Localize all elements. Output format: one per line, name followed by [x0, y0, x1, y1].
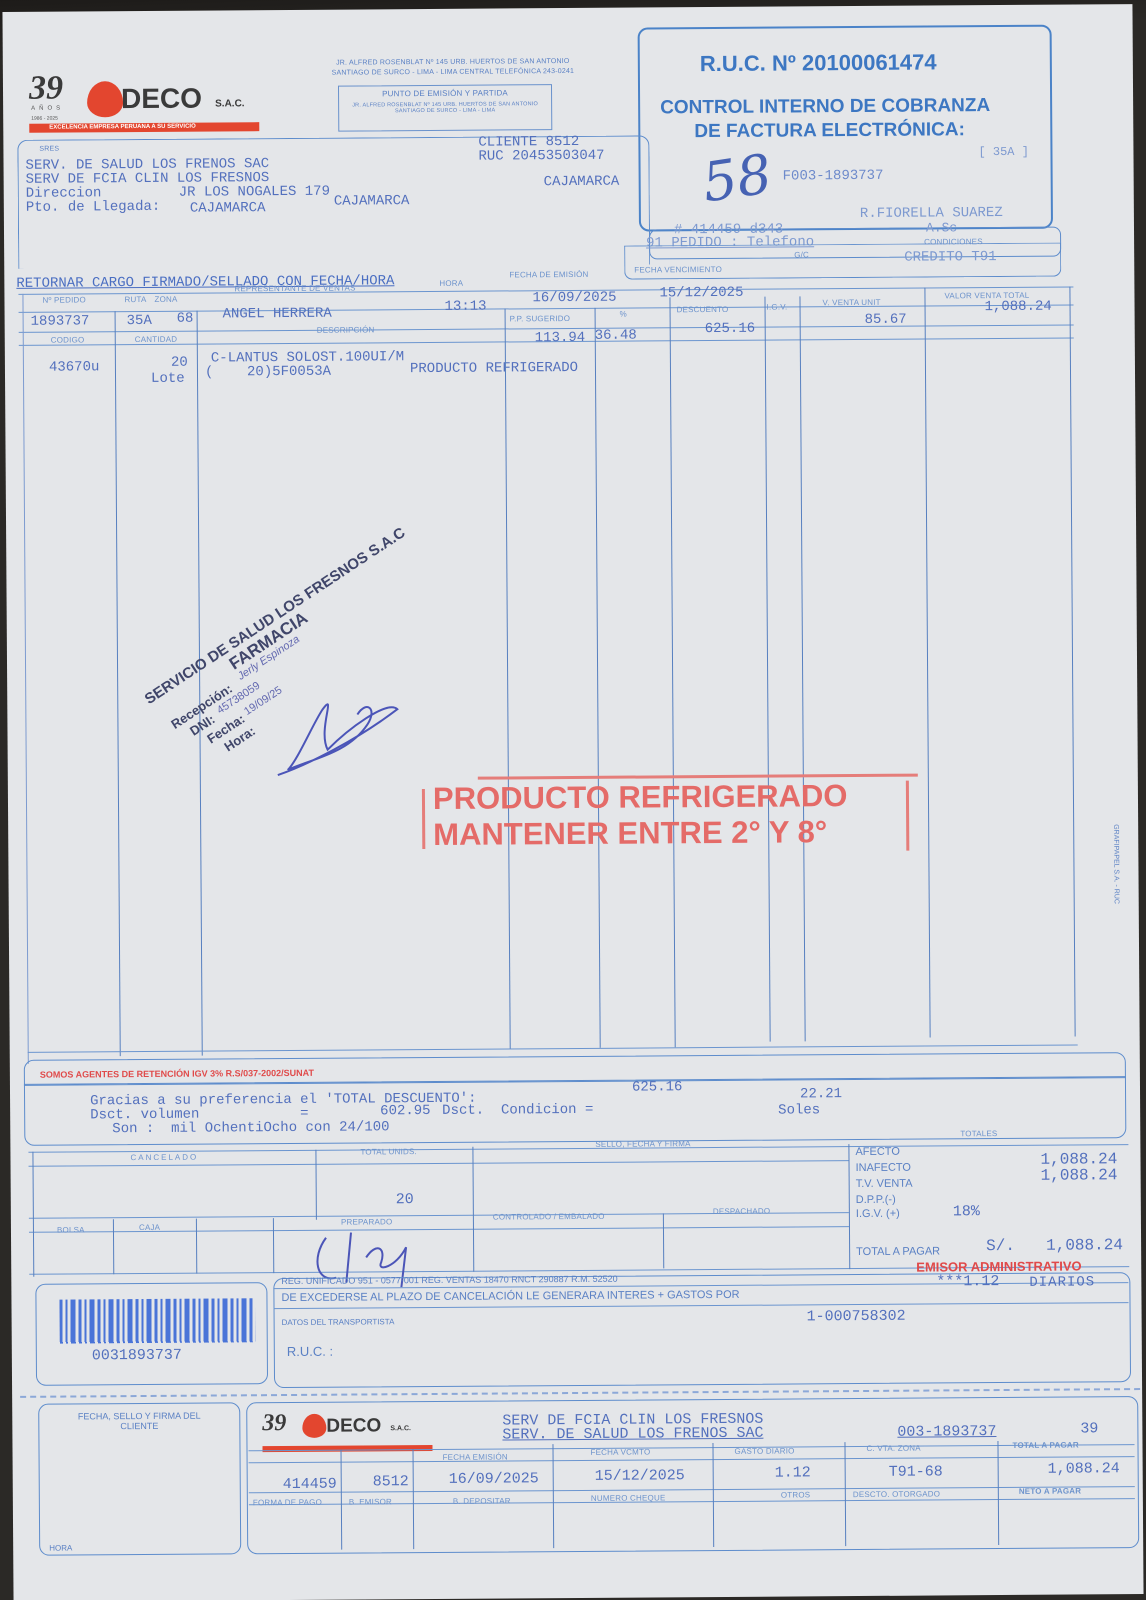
- stub-logo-name: DECO: [326, 1415, 381, 1437]
- logo-name: DECO: [121, 83, 202, 116]
- drop-icon: [87, 81, 123, 117]
- amount-in-words: Son : mil OchentiOcho con 24/100: [112, 1119, 389, 1137]
- invoice-paper: 39 AÑOS 1986 - 2025 DECO S.A.C. EXCELENC…: [2, 4, 1143, 1600]
- preparado-label: PREPARADO: [341, 1217, 393, 1226]
- refrigeration-line2: MANTENER ENTRE 2° Y 8°: [433, 814, 827, 853]
- col-code: CODIGO: [51, 335, 85, 344]
- col-route: RUTA: [124, 295, 146, 304]
- stub-client-code: 8512: [373, 1473, 409, 1490]
- summary-currency: Soles: [778, 1102, 820, 1118]
- signature-icon: [267, 669, 418, 790]
- stub-col-payment-form: FORMA DE PAGO: [253, 1498, 322, 1507]
- order-no: 1893737: [31, 313, 90, 329]
- address-value: JR LOS NOGALES 179: [179, 184, 330, 201]
- igv-rate: 18%: [953, 1203, 980, 1220]
- stub-col-bank-deposit: B. DEPOSITAR: [453, 1496, 511, 1505]
- stub-zone: T91-68: [889, 1463, 943, 1480]
- total-label: TOTAL A PAGAR: [856, 1245, 940, 1258]
- stub-due-date: 15/12/2025: [595, 1467, 685, 1485]
- company-logo: 39 AÑOS 1986 - 2025 DECO S.A.C. EXCELENC…: [29, 68, 269, 140]
- arrival-label: Pto. de Llegada:: [26, 199, 161, 216]
- stub-time-label: HORA: [49, 1544, 72, 1553]
- col-due-date: FECHA VENCIMIENTO: [634, 265, 722, 275]
- item-suggested-price: 113.94: [535, 330, 586, 346]
- col-zone: ZONA: [154, 295, 177, 304]
- item-lot: ( 20)5F0053A: [205, 364, 331, 381]
- barcode-number: 0031893737: [92, 1347, 182, 1365]
- stub-logo-years: 39: [262, 1410, 286, 1437]
- stub-col-total: TOTAL A PAGAR: [1012, 1440, 1078, 1449]
- stub-issue-date: 16/09/2025: [449, 1470, 539, 1488]
- summary-volume-discount: 602.95: [380, 1103, 431, 1119]
- stub-drop-icon: [302, 1414, 326, 1438]
- client-city: CAJAMARCA: [544, 174, 620, 191]
- stub-total: 1,088.24: [1048, 1460, 1120, 1478]
- client-sign-label: FECHA, SELLO Y FIRMA DEL CLIENTE: [64, 1411, 214, 1432]
- ruc-title-2: DE FACTURA ELECTRÓNICA:: [694, 119, 965, 143]
- col-description: DESCRIPCIÓN: [317, 325, 375, 334]
- col-qty: CANTIDAD: [135, 335, 178, 344]
- company-address-1: JR. ALFRED ROSENBLAT Nº 145 URB. HUERTOS…: [303, 58, 603, 67]
- conditions-value: CREDITO T91: [904, 249, 997, 266]
- ruc-box: R.U.C. Nº 20100061474 CONTROL INTERNO DE…: [638, 25, 1053, 232]
- total-currency: S/.: [986, 1237, 1015, 1255]
- despachado-label: DESPACHADO: [713, 1207, 770, 1216]
- col-sales-rep: REPRESENTANTE DE VENTAS: [234, 284, 355, 294]
- route: 35A: [127, 313, 152, 329]
- stub-col-bank-issuer: B. EMISOR: [349, 1497, 392, 1506]
- total-units-label: TOTAL UNIDS.: [360, 1147, 417, 1156]
- col-igv: I.G.V.: [767, 302, 788, 311]
- carrier-label: DATOS DEL TRANSPORTISTA: [282, 1317, 395, 1327]
- col-suggested-price: P.P. SUGERIDO: [510, 314, 571, 323]
- igv-label: I.G.V. (+): [856, 1208, 900, 1220]
- ruc-title-1: CONTROL INTERNO DE COBRANZA: [660, 95, 990, 119]
- stub-client-2: SERV. DE SALUD LOS FRENOS SAC: [502, 1425, 763, 1444]
- item-discount: 625.16: [705, 321, 756, 337]
- inafecto-label: INAFECTO: [856, 1162, 912, 1174]
- item-percent: 36.48: [595, 328, 637, 344]
- total-units: 20: [396, 1191, 414, 1208]
- sales-rep: ANGEL HERRERA: [223, 306, 332, 323]
- carrier-ruc-label: R.U.C. :: [287, 1344, 333, 1359]
- zone: 68: [177, 311, 194, 327]
- stub-col-daily-fee: GASTO DIARIO: [734, 1446, 794, 1455]
- totals-header: TOTALES: [960, 1129, 997, 1138]
- daily-word: DIARIOS: [1029, 1274, 1095, 1290]
- invoice-number: F003-1893737: [783, 168, 884, 185]
- inafecto-value: 1,088.24: [1041, 1166, 1118, 1185]
- logo-tagline: EXCELENCIA EMPRESA PERUANA A SU SERVICIO: [49, 124, 196, 131]
- due-date: 15/12/2025: [659, 285, 743, 302]
- dpp-label: D.P.P.(-): [856, 1194, 896, 1206]
- client-ruc: RUC 20453503047: [478, 148, 604, 165]
- afecto-label: AFECTO: [855, 1146, 900, 1158]
- total-value: 1,088.24: [1046, 1236, 1123, 1255]
- route-tag: [ 35A ]: [978, 145, 1029, 159]
- col-order-no: Nº PEDIDO: [42, 295, 85, 304]
- controlado-label: CONTROLADO / EMBALADO: [493, 1212, 605, 1222]
- company-address-2: SANTIAGO DE SURCO - LIMA - LIMA CENTRAL …: [303, 68, 603, 77]
- arrival-value: CAJAMARCA: [190, 200, 266, 217]
- ruc-number: R.U.C. Nº 20100061474: [700, 49, 937, 77]
- summary-condition-label: Dsct. Condicion =: [442, 1102, 593, 1119]
- item-total-value: 1,088.24: [984, 299, 1051, 315]
- seller-sub: A.Sc: [926, 220, 957, 235]
- caja-label: CAJA: [139, 1223, 160, 1232]
- side-print: GRAFIPAPEL S.A. - RUC: [1112, 824, 1120, 904]
- stub-col-due-date: FECHA VCMTO: [591, 1447, 651, 1456]
- gc-label: G/C: [794, 250, 809, 259]
- item-note: PRODUCTO REFRIGERADO: [410, 360, 578, 377]
- stub-col-net-payable: NETO A PAGAR: [1019, 1486, 1081, 1495]
- stub-col-check-number: NUMERO CHEQUE: [591, 1493, 666, 1503]
- stub-doc-suffix: 39: [1080, 1420, 1098, 1437]
- bolsa-label: BOLSA: [57, 1225, 85, 1234]
- logo-years-word: AÑOS: [31, 106, 64, 112]
- stub-col-others: OTROS: [781, 1490, 811, 1499]
- stub-logo-suffix: S.A.C.: [390, 1425, 411, 1432]
- retention-note: SOMOS AGENTES DE RETENCIÓN IGV 3% R.S/03…: [40, 1068, 314, 1080]
- col-time: HORA: [439, 279, 463, 288]
- handwritten-number: 58: [698, 142, 775, 214]
- time: 13:13: [444, 299, 486, 315]
- item-unit-value: 85.67: [865, 312, 907, 328]
- logo-suffix: S.A.C.: [215, 98, 245, 109]
- address-city: CAJAMARCA: [334, 193, 410, 210]
- summary-condition-discount: 22.21: [800, 1086, 842, 1102]
- summary-total-discount: 625.16: [632, 1079, 683, 1095]
- stub-order: 414459: [283, 1476, 337, 1493]
- client-section-label: SRES: [39, 146, 59, 153]
- stub-daily-fee: 1.12: [775, 1464, 811, 1481]
- barcode-icon: [59, 1298, 255, 1343]
- stub-col-issue-date: FECHA EMISIÓN: [443, 1452, 508, 1461]
- issue-date: 16/09/2025: [532, 290, 616, 307]
- carrier-number: 1-000758302: [807, 1308, 906, 1326]
- stub-doc-number: 003-1893737: [897, 1423, 996, 1441]
- col-unit-value: V. VENTA UNIT: [822, 298, 880, 307]
- emission-point-title: PUNTO DE EMISIÓN Y PARTIDA: [339, 88, 551, 98]
- daily-fee: ***1.12: [936, 1273, 999, 1290]
- col-discount: DESCUENTO: [677, 305, 729, 314]
- col-percent: %: [620, 310, 627, 319]
- refrigeration-line1: PRODUCTO REFRIGERADO: [433, 778, 848, 817]
- conditions-label: CONDICIONES: [924, 237, 983, 246]
- seller-name: R.FIORELLA SUAREZ: [860, 205, 1003, 222]
- cancelado-label: CANCELADO: [130, 1153, 198, 1162]
- tv-venta-label: T.V. VENTA: [856, 1178, 913, 1190]
- item-lot-label: Lote: [151, 371, 185, 387]
- item-qty: 20: [171, 355, 188, 371]
- logo-years-range: 1986 - 2025: [31, 116, 58, 122]
- logo-years: 39: [29, 70, 63, 108]
- item-code: 43670u: [49, 359, 100, 375]
- seal-label: SELLO, FECHA Y FIRMA: [595, 1139, 690, 1149]
- emission-point-box: PUNTO DE EMISIÓN Y PARTIDA JR. ALFRED RO…: [338, 84, 552, 131]
- stub-col-discount-given: DESCTO. OTORGADO: [853, 1489, 940, 1499]
- stub-col-zone: C. VTA. ZONA: [866, 1444, 920, 1453]
- col-issue-date: FECHA DE EMISIÓN: [509, 270, 588, 280]
- stub-logo: 39 DECO S.A.C.: [262, 1409, 432, 1460]
